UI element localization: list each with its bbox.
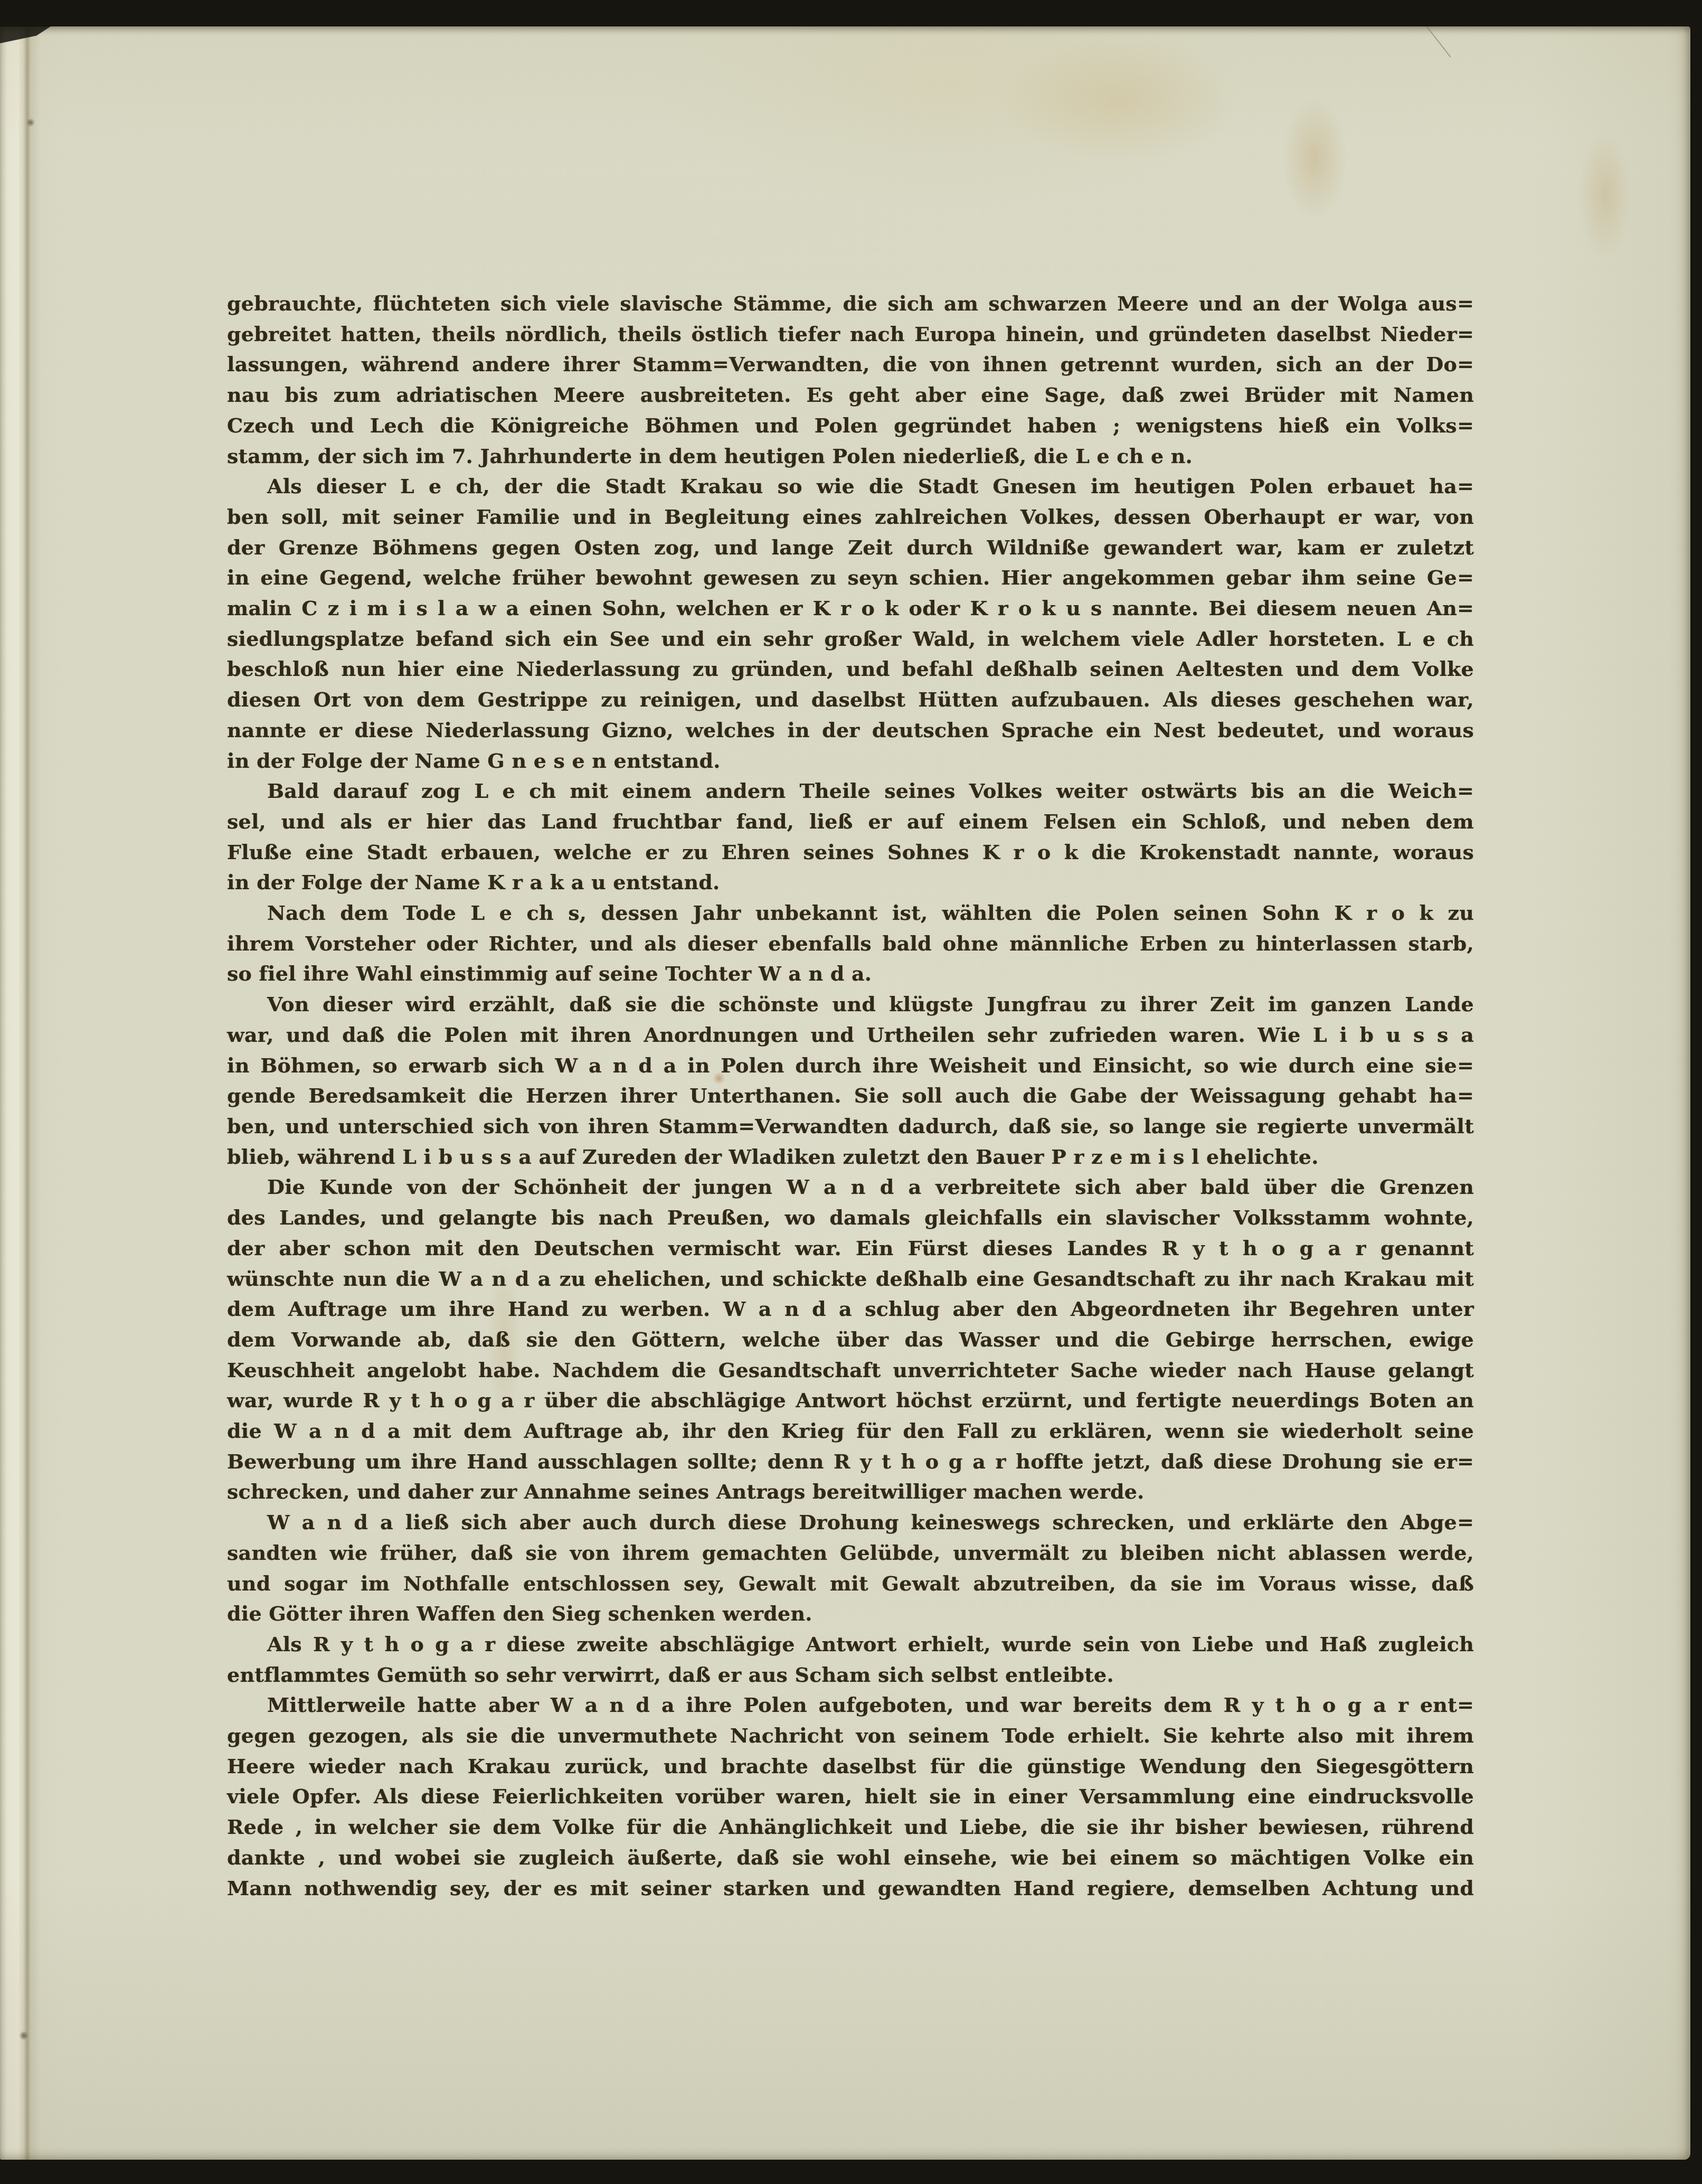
binding-shadow xyxy=(0,26,51,43)
text-line: gebrauchte, flüchteten sich viele slavis… xyxy=(227,288,1474,319)
text-line: sandten wie früher, daß sie von ihrem ge… xyxy=(227,1538,1474,1568)
text-line: in der Folge der Name K r a k a u entsta… xyxy=(227,867,1474,898)
text-line: siedlungsplatze befand sich ein See und … xyxy=(227,624,1474,654)
text-line: ihrem Vorsteher oder Richter, und als di… xyxy=(227,928,1474,959)
book-scan: { "page": { "description": "Scanned page… xyxy=(0,0,1702,2184)
text-line: sel, und als er hier das Land fruchtbar … xyxy=(227,806,1474,837)
text-line: in eine Gegend, welche früher bewohnt ge… xyxy=(227,562,1474,593)
text-line: entflammtes Gemüth so sehr verwirrt, daß… xyxy=(227,1660,1474,1690)
text-line: in Böhmen, so erwarb sich W a n d a in P… xyxy=(227,1050,1474,1081)
text-line: nannte er diese Niederlassung Gizno, wel… xyxy=(227,715,1474,746)
text-line: Mittlerweile hatte aber W a n d a ihre P… xyxy=(227,1690,1474,1720)
text-line: viele Opfer. Als diese Feierlichkeiten v… xyxy=(227,1781,1474,1812)
text-line: diesen Ort von dem Gestrippe zu reinigen… xyxy=(227,684,1474,715)
text-line: war, wurde R y t h o g a r über die absc… xyxy=(227,1385,1474,1416)
page-text: gebrauchte, flüchteten sich viele slavis… xyxy=(227,288,1474,1903)
text-line: beschloß nun hier eine Niederlassung zu … xyxy=(227,654,1474,684)
text-line: Nach dem Tode L e ch s, dessen Jahr unbe… xyxy=(227,898,1474,928)
text-line: nau bis zum adriatischen Meere ausbreite… xyxy=(227,380,1474,410)
text-line: des Landes, und gelangte bis nach Preuße… xyxy=(227,1202,1474,1233)
text-line: schrecken, und daher zur Annahme seines … xyxy=(227,1476,1474,1507)
book-page: gebrauchte, flüchteten sich viele slavis… xyxy=(0,26,1690,2160)
text-line: Bald darauf zog L e ch mit einem andern … xyxy=(227,776,1474,806)
text-line: wünschte nun die W a n d a zu ehelichen,… xyxy=(227,1264,1474,1294)
text-line: Czech und Lech die Königreiche Böhmen un… xyxy=(227,410,1474,441)
text-line: Keuschheit angelobt habe. Nachdem die Ge… xyxy=(227,1355,1474,1386)
text-line: so fiel ihre Wahl einstimmig auf seine T… xyxy=(227,958,1474,989)
text-line: dem Vorwande ab, daß sie den Göttern, we… xyxy=(227,1324,1474,1355)
text-line: der Grenze Böhmens gegen Osten zog, und … xyxy=(227,532,1474,563)
text-line: die Götter ihren Waffen den Sieg schenke… xyxy=(227,1598,1474,1629)
text-line: W a n d a ließ sich aber auch durch dies… xyxy=(227,1507,1474,1538)
text-line: Heere wieder nach Krakau zurück, und bra… xyxy=(227,1751,1474,1782)
text-line: und sogar im Nothfalle entschlossen sey,… xyxy=(227,1568,1474,1599)
text-line: blieb, während L i b u s s a auf Zureden… xyxy=(227,1142,1474,1172)
text-line: Rede , in welcher sie dem Volke für die … xyxy=(227,1812,1474,1842)
text-line: der aber schon mit den Deutschen vermisc… xyxy=(227,1233,1474,1264)
text-line: stamm, der sich im 7. Jahrhunderte in de… xyxy=(227,441,1474,472)
text-line: Die Kunde von der Schönheit der jungen W… xyxy=(227,1172,1474,1202)
text-line: Mann nothwendig sey, der es mit seiner s… xyxy=(227,1873,1474,1904)
text-line: Als R y t h o g a r diese zweite abschlä… xyxy=(227,1629,1474,1660)
text-line: die W a n d a mit dem Auftrage ab, ihr d… xyxy=(227,1416,1474,1446)
text-line: malin C z i m i s l a w a einen Sohn, we… xyxy=(227,593,1474,624)
text-line: gebreitet hatten, theils nördlich, theil… xyxy=(227,319,1474,350)
text-line: gegen gezogen, als sie die unvermuthete … xyxy=(227,1720,1474,1751)
text-line: dankte , und wobei sie zugleich äußerte,… xyxy=(227,1842,1474,1873)
text-line: Bewerbung um ihre Hand ausschlagen sollt… xyxy=(227,1446,1474,1477)
paper-scratch xyxy=(1426,26,1451,58)
text-line: war, und daß die Polen mit ihren Anordnu… xyxy=(227,1020,1474,1050)
text-line: dem Auftrage um ihre Hand zu werben. W a… xyxy=(227,1294,1474,1324)
text-line: ben, und unterschied sich von ihren Stam… xyxy=(227,1111,1474,1142)
text-line: Von dieser wird erzählt, daß sie die sch… xyxy=(227,989,1474,1020)
text-line: in der Folge der Name G n e s e n entsta… xyxy=(227,746,1474,776)
text-line: lassungen, während andere ihrer Stamm=Ve… xyxy=(227,349,1474,380)
text-line: Fluße eine Stadt erbauen, welche er zu E… xyxy=(227,837,1474,868)
text-line: Als dieser L e ch, der die Stadt Krakau … xyxy=(227,471,1474,502)
text-line: gende Beredsamkeit die Herzen ihrer Unte… xyxy=(227,1080,1474,1111)
text-line: ben soll, mit seiner Familie und in Begl… xyxy=(227,502,1474,532)
